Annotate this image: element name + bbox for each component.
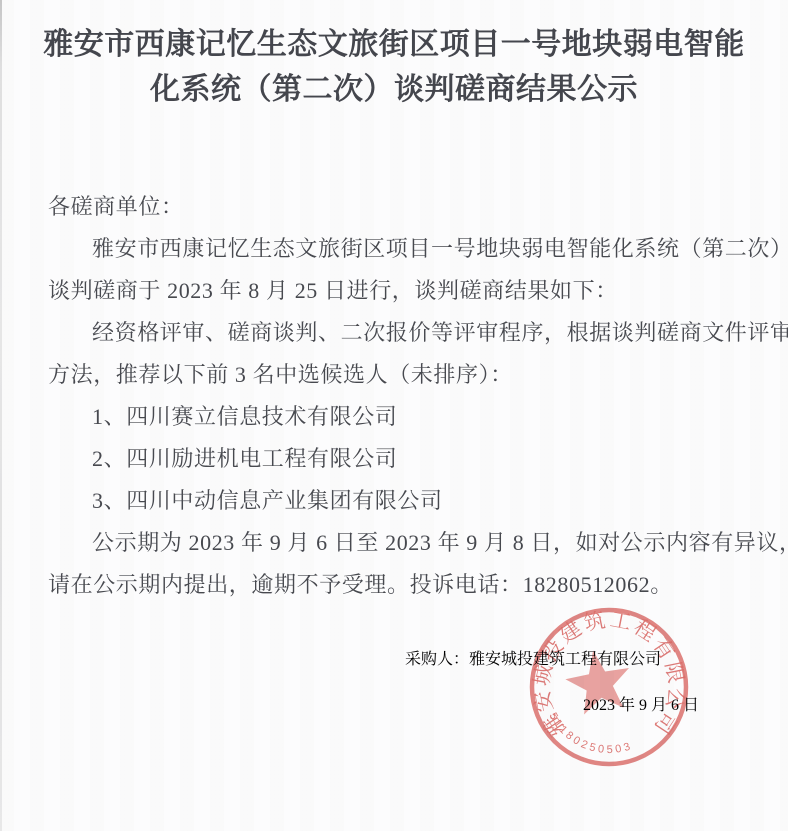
document-title-line-1: 雅安市西康记忆生态文旅街区项目一号地块弱电智能 (0, 22, 788, 67)
salutation-line: 各磋商单位： (48, 186, 750, 228)
candidate-item-2: 2、四川励进机电工程有限公司 (48, 438, 750, 480)
paragraph-3-line-2: 请在公示期内提出，逾期不予受理。投诉电话：18280512062。 (48, 564, 750, 606)
company-seal-stamp: 雅安城投建筑工程有限公司 5118025050330 (524, 602, 696, 774)
document-body: 各磋商单位： 雅安市西康记忆生态文旅街区项目一号地块弱电智能化系统（第二次） 谈… (48, 186, 750, 606)
candidate-item-3: 3、四川中动信息产业集团有限公司 (48, 480, 750, 522)
candidate-item-1: 1、四川赛立信息技术有限公司 (48, 396, 750, 438)
scanned-document-page: 雅安市西康记忆生态文旅街区项目一号地块弱电智能 化系统（第二次）谈判磋商结果公示… (0, 0, 788, 831)
document-title-line-2: 化系统（第二次）谈判磋商结果公示 (0, 67, 788, 112)
paragraph-2-line-1: 经资格评审、磋商谈判、二次报价等评审程序，根据谈判磋商文件评审 (48, 312, 750, 354)
paragraph-3-line-1: 公示期为 2023 年 9 月 6 日至 2023 年 9 月 8 日，如对公示… (48, 522, 750, 564)
document-title: 雅安市西康记忆生态文旅街区项目一号地块弱电智能 化系统（第二次）谈判磋商结果公示 (0, 22, 788, 112)
paragraph-2-line-2: 方法，推荐以下前 3 名中选候选人（未排序）： (48, 354, 750, 396)
paragraph-1-line-2: 谈判磋商于 2023 年 8 月 25 日进行，谈判磋商结果如下： (48, 270, 750, 312)
seal-star-icon (561, 645, 635, 717)
paragraph-1-line-1: 雅安市西康记忆生态文旅街区项目一号地块弱电智能化系统（第二次） (48, 228, 750, 270)
scan-edge-artifact (0, 0, 2, 831)
